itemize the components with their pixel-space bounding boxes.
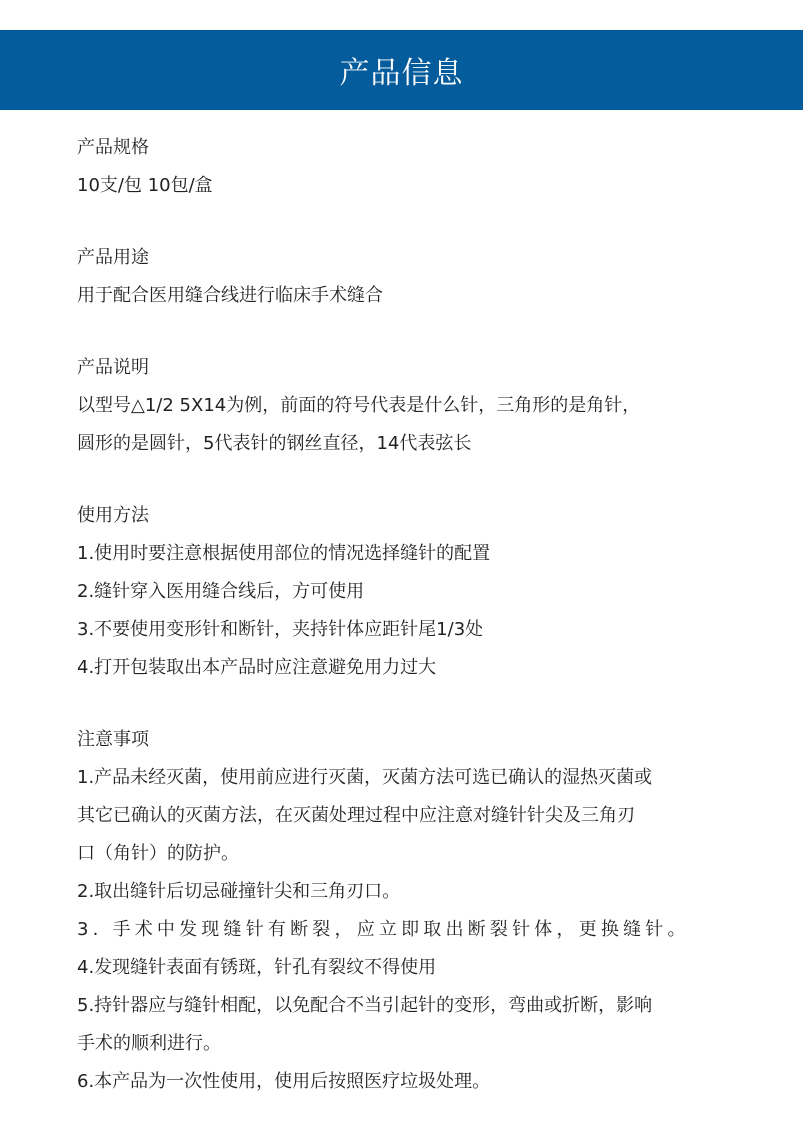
page-title: 产品信息 bbox=[340, 48, 464, 92]
section-spacer bbox=[77, 315, 737, 349]
section-spacer bbox=[77, 463, 737, 497]
notes-line: 2.取出缝针后切忌碰撞针尖和三角刃口。 bbox=[77, 873, 737, 911]
method-line: 1.使用时要注意根据使用部位的情况选择缝针的配置 bbox=[77, 535, 737, 573]
notes-line: 3. 手术中发现缝针有断裂，应立即取出断裂针体，更换缝针。 bbox=[77, 911, 737, 949]
product-info-content: 产品规格 10支/包 10包/盒 产品用途 用于配合医用缝合线进行临床手术缝合 … bbox=[77, 129, 737, 1101]
header-band: 产品信息 bbox=[0, 30, 803, 110]
section-spacer bbox=[77, 205, 737, 239]
notes-line: 口（角针）的防护。 bbox=[77, 835, 737, 873]
notes-line: 6.本产品为一次性使用，使用后按照医疗垃圾处理。 bbox=[77, 1063, 737, 1101]
section-heading: 注意事项 bbox=[77, 721, 737, 759]
section-method: 使用方法 1.使用时要注意根据使用部位的情况选择缝针的配置 2.缝针穿入医用缝合… bbox=[77, 497, 737, 687]
notes-line: 4.发现缝针表面有锈斑，针孔有裂纹不得使用 bbox=[77, 949, 737, 987]
section-notes: 注意事项 1.产品未经灭菌，使用前应进行灭菌，灭菌方法可选已确认的湿热灭菌或 其… bbox=[77, 721, 737, 1101]
description-line: 圆形的是圆针，5代表针的钢丝直径，14代表弦长 bbox=[77, 425, 737, 463]
notes-line: 5.持针器应与缝针相配，以免配合不当引起针的变形，弯曲或折断，影响 bbox=[77, 987, 737, 1025]
notes-line: 手术的顺利进行。 bbox=[77, 1025, 737, 1063]
method-line: 2.缝针穿入医用缝合线后，方可使用 bbox=[77, 573, 737, 611]
section-spacer bbox=[77, 687, 737, 721]
spec-line: 10支/包 10包/盒 bbox=[77, 167, 737, 205]
usage-line: 用于配合医用缝合线进行临床手术缝合 bbox=[77, 277, 737, 315]
notes-line: 1.产品未经灭菌，使用前应进行灭菌，灭菌方法可选已确认的湿热灭菌或 bbox=[77, 759, 737, 797]
notes-line: 其它已确认的灭菌方法，在灭菌处理过程中应注意对缝针针尖及三角刃 bbox=[77, 797, 737, 835]
section-spec: 产品规格 10支/包 10包/盒 bbox=[77, 129, 737, 205]
section-heading: 使用方法 bbox=[77, 497, 737, 535]
method-line: 3.不要使用变形针和断针，夹持针体应距针尾1/3处 bbox=[77, 611, 737, 649]
description-line: 以型号△1/2 5X14为例，前面的符号代表是什么针，三角形的是角针， bbox=[77, 387, 737, 425]
section-heading: 产品用途 bbox=[77, 239, 737, 277]
section-usage: 产品用途 用于配合医用缝合线进行临床手术缝合 bbox=[77, 239, 737, 315]
section-heading: 产品说明 bbox=[77, 349, 737, 387]
method-line: 4.打开包装取出本产品时应注意避免用力过大 bbox=[77, 649, 737, 687]
section-heading: 产品规格 bbox=[77, 129, 737, 167]
section-description: 产品说明 以型号△1/2 5X14为例，前面的符号代表是什么针，三角形的是角针，… bbox=[77, 349, 737, 463]
